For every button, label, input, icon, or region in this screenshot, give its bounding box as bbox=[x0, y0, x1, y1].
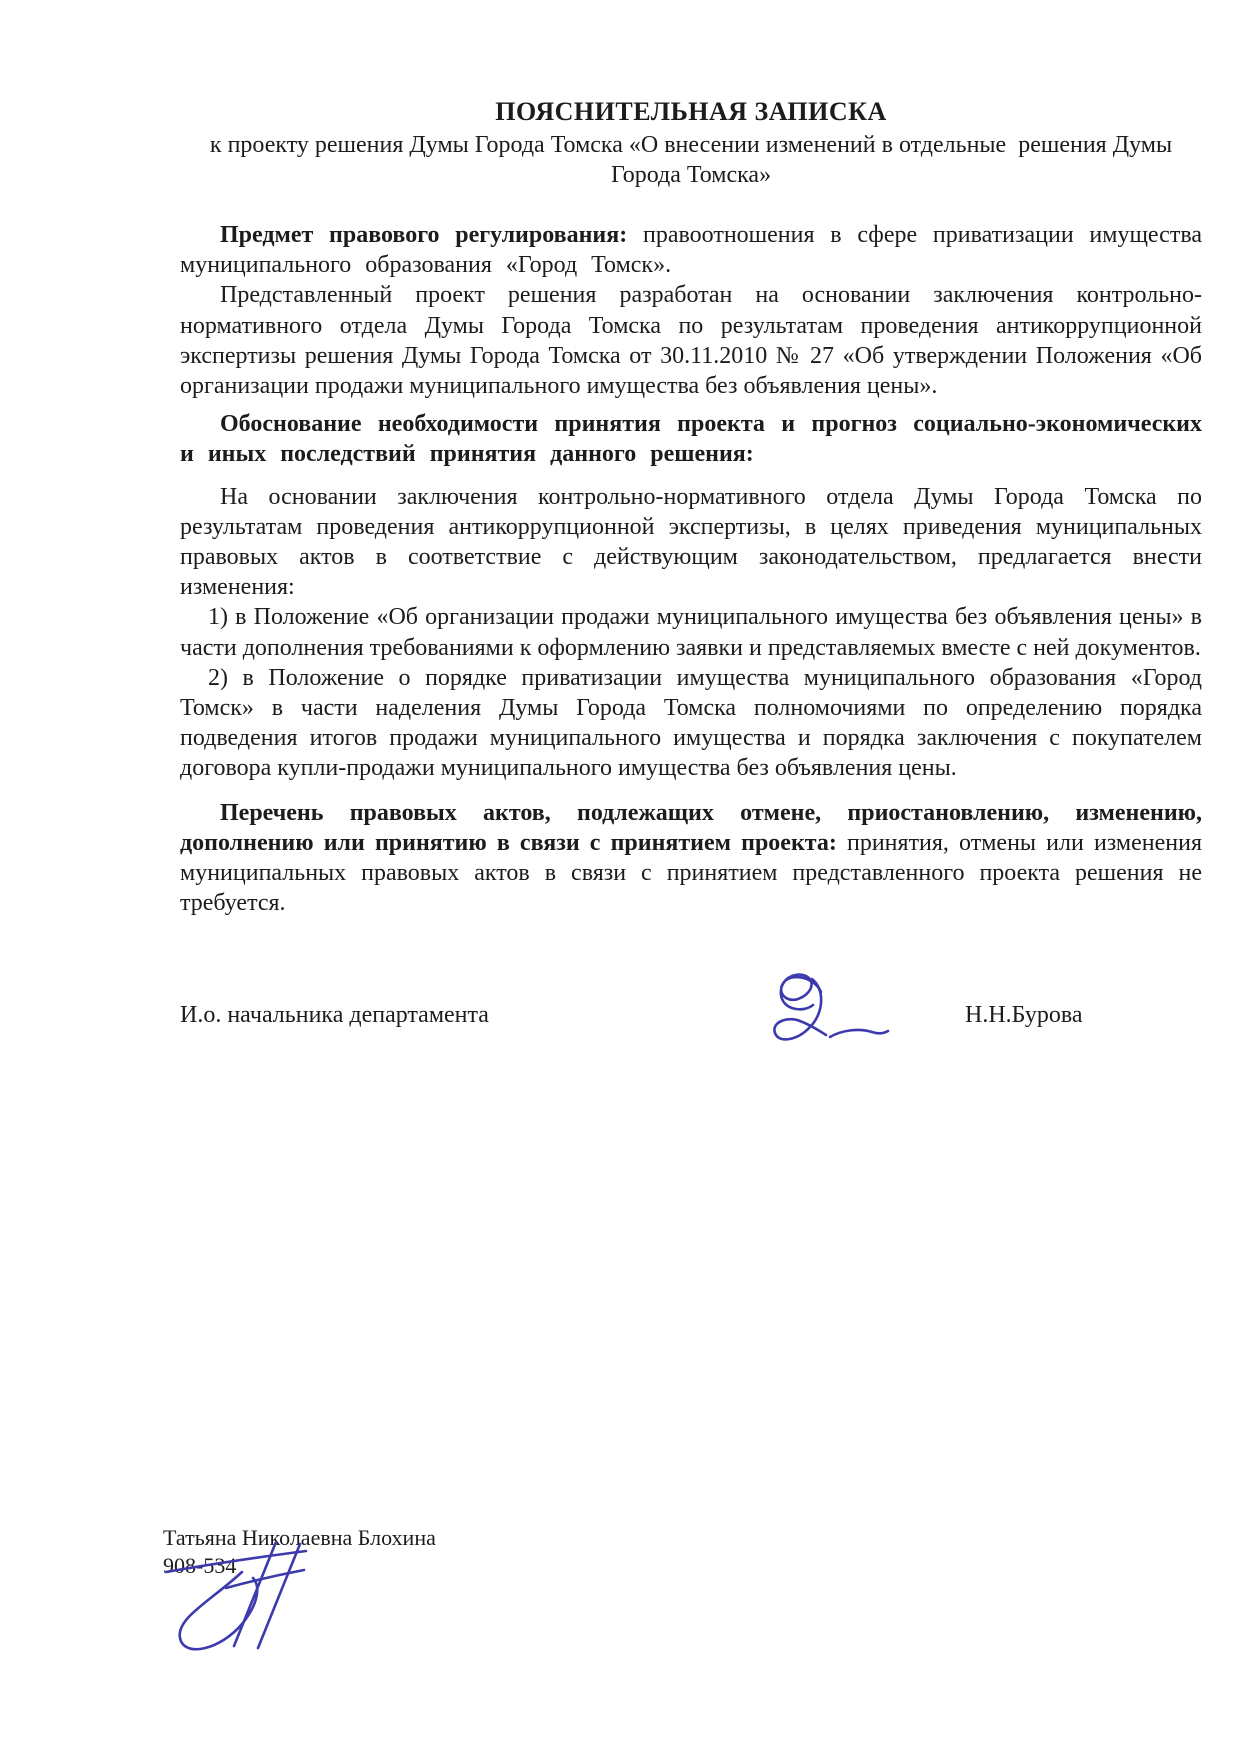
list-item-2: 2) в Положение о порядке приватизации им… bbox=[180, 663, 1202, 784]
list-item-1: 1) в Положение «Об организации продажи м… bbox=[180, 602, 1202, 662]
paragraph-acts: Перечень правовых актов, подлежащих отме… bbox=[180, 798, 1202, 919]
paragraph-subject: Предмет правового регулирования: правоот… bbox=[180, 220, 1202, 280]
signature-name: Н.Н.Бурова bbox=[965, 1000, 1083, 1030]
page-title: ПОЯСНИТЕЛЬНАЯ ЗАПИСКА bbox=[180, 96, 1202, 128]
paragraph-basis: Представленный проект решения разработан… bbox=[180, 280, 1202, 401]
document-body: ПОЯСНИТЕЛЬНАЯ ЗАПИСКА к проекту решения … bbox=[180, 96, 1202, 918]
executor-signature-icon bbox=[156, 1540, 370, 1664]
paragraph-proposal: На основании заключения контрольно-норма… bbox=[180, 482, 1202, 603]
signature-position: И.о. начальника департамента bbox=[180, 1000, 489, 1030]
scanned-document-page: ПОЯСНИТЕЛЬНАЯ ЗАПИСКА к проекту решения … bbox=[0, 0, 1240, 1753]
subject-lead-bold: Предмет правового регулирования: bbox=[220, 222, 627, 248]
signature-autograph-icon bbox=[733, 968, 905, 1070]
heading-justification: Обоснование необходимости принятия проек… bbox=[180, 409, 1202, 469]
document-subtitle: к проекту решения Думы Города Томска «О … bbox=[180, 130, 1202, 190]
